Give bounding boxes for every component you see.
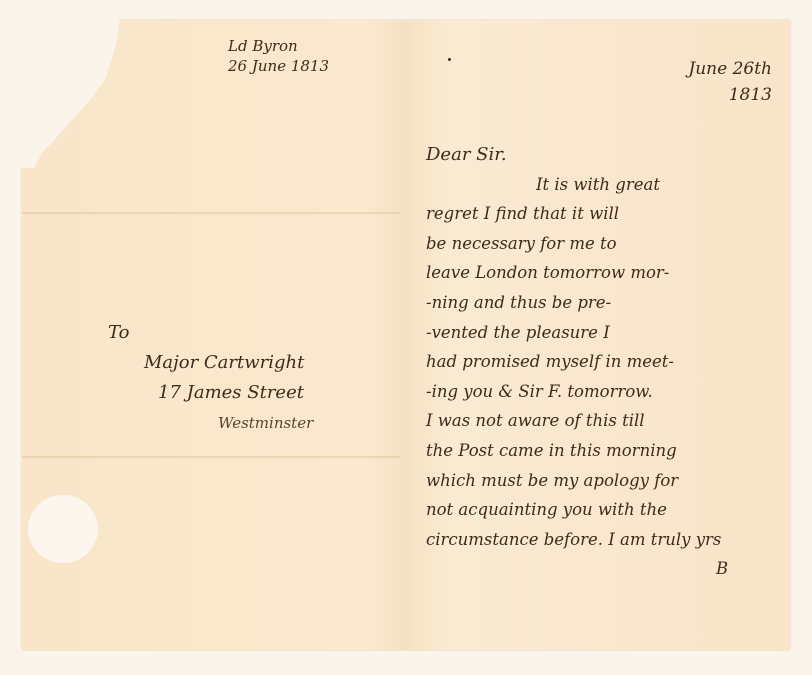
letter-line: circumstance before. I am truly yrs: [426, 525, 796, 555]
address-street: 17 James Street: [108, 378, 313, 408]
letter-line: -ing you & Sir F. tomorrow.: [426, 377, 796, 407]
letter-date: June 26th 1813: [688, 56, 772, 108]
address-prefix: To: [108, 318, 313, 348]
salutation: Dear Sir.: [426, 140, 796, 170]
ink-dot: [448, 58, 451, 61]
letter-line: the Post came in this morning: [426, 436, 796, 466]
letter-line: regret I find that it will: [426, 199, 796, 229]
docket-date: 26 June 1813: [228, 56, 329, 76]
date-day: June 26th: [688, 56, 772, 82]
letter-line: It is with great: [426, 170, 796, 200]
center-fold: [400, 20, 403, 650]
torn-corner: [20, 18, 120, 168]
letter-body: Dear Sir. It is with great regret I find…: [426, 140, 796, 584]
address-block: To Major Cartwright 17 James Street West…: [108, 318, 313, 438]
docket-author: Ld Byron: [228, 36, 329, 56]
letter-line: not acquainting you with the: [426, 495, 796, 525]
address-recipient: Major Cartwright: [108, 348, 313, 378]
fold-line: [22, 212, 400, 214]
address-city: Westminster: [108, 408, 313, 438]
signature: B: [426, 554, 796, 584]
fold-line: [22, 456, 400, 458]
letter-line: I was not aware of this till: [426, 406, 796, 436]
letter-line: -vented the pleasure I: [426, 318, 796, 348]
date-year: 1813: [688, 82, 772, 108]
letter-line: be necessary for me to: [426, 229, 796, 259]
letter-line: had promised myself in meet-: [426, 347, 796, 377]
letter-line: which must be my apology for: [426, 466, 796, 496]
letter-line: -ning and thus be pre-: [426, 288, 796, 318]
docket-note: Ld Byron 26 June 1813: [228, 36, 329, 76]
paper-hole: [28, 495, 98, 563]
letter-line: leave London tomorrow mor-: [426, 258, 796, 288]
